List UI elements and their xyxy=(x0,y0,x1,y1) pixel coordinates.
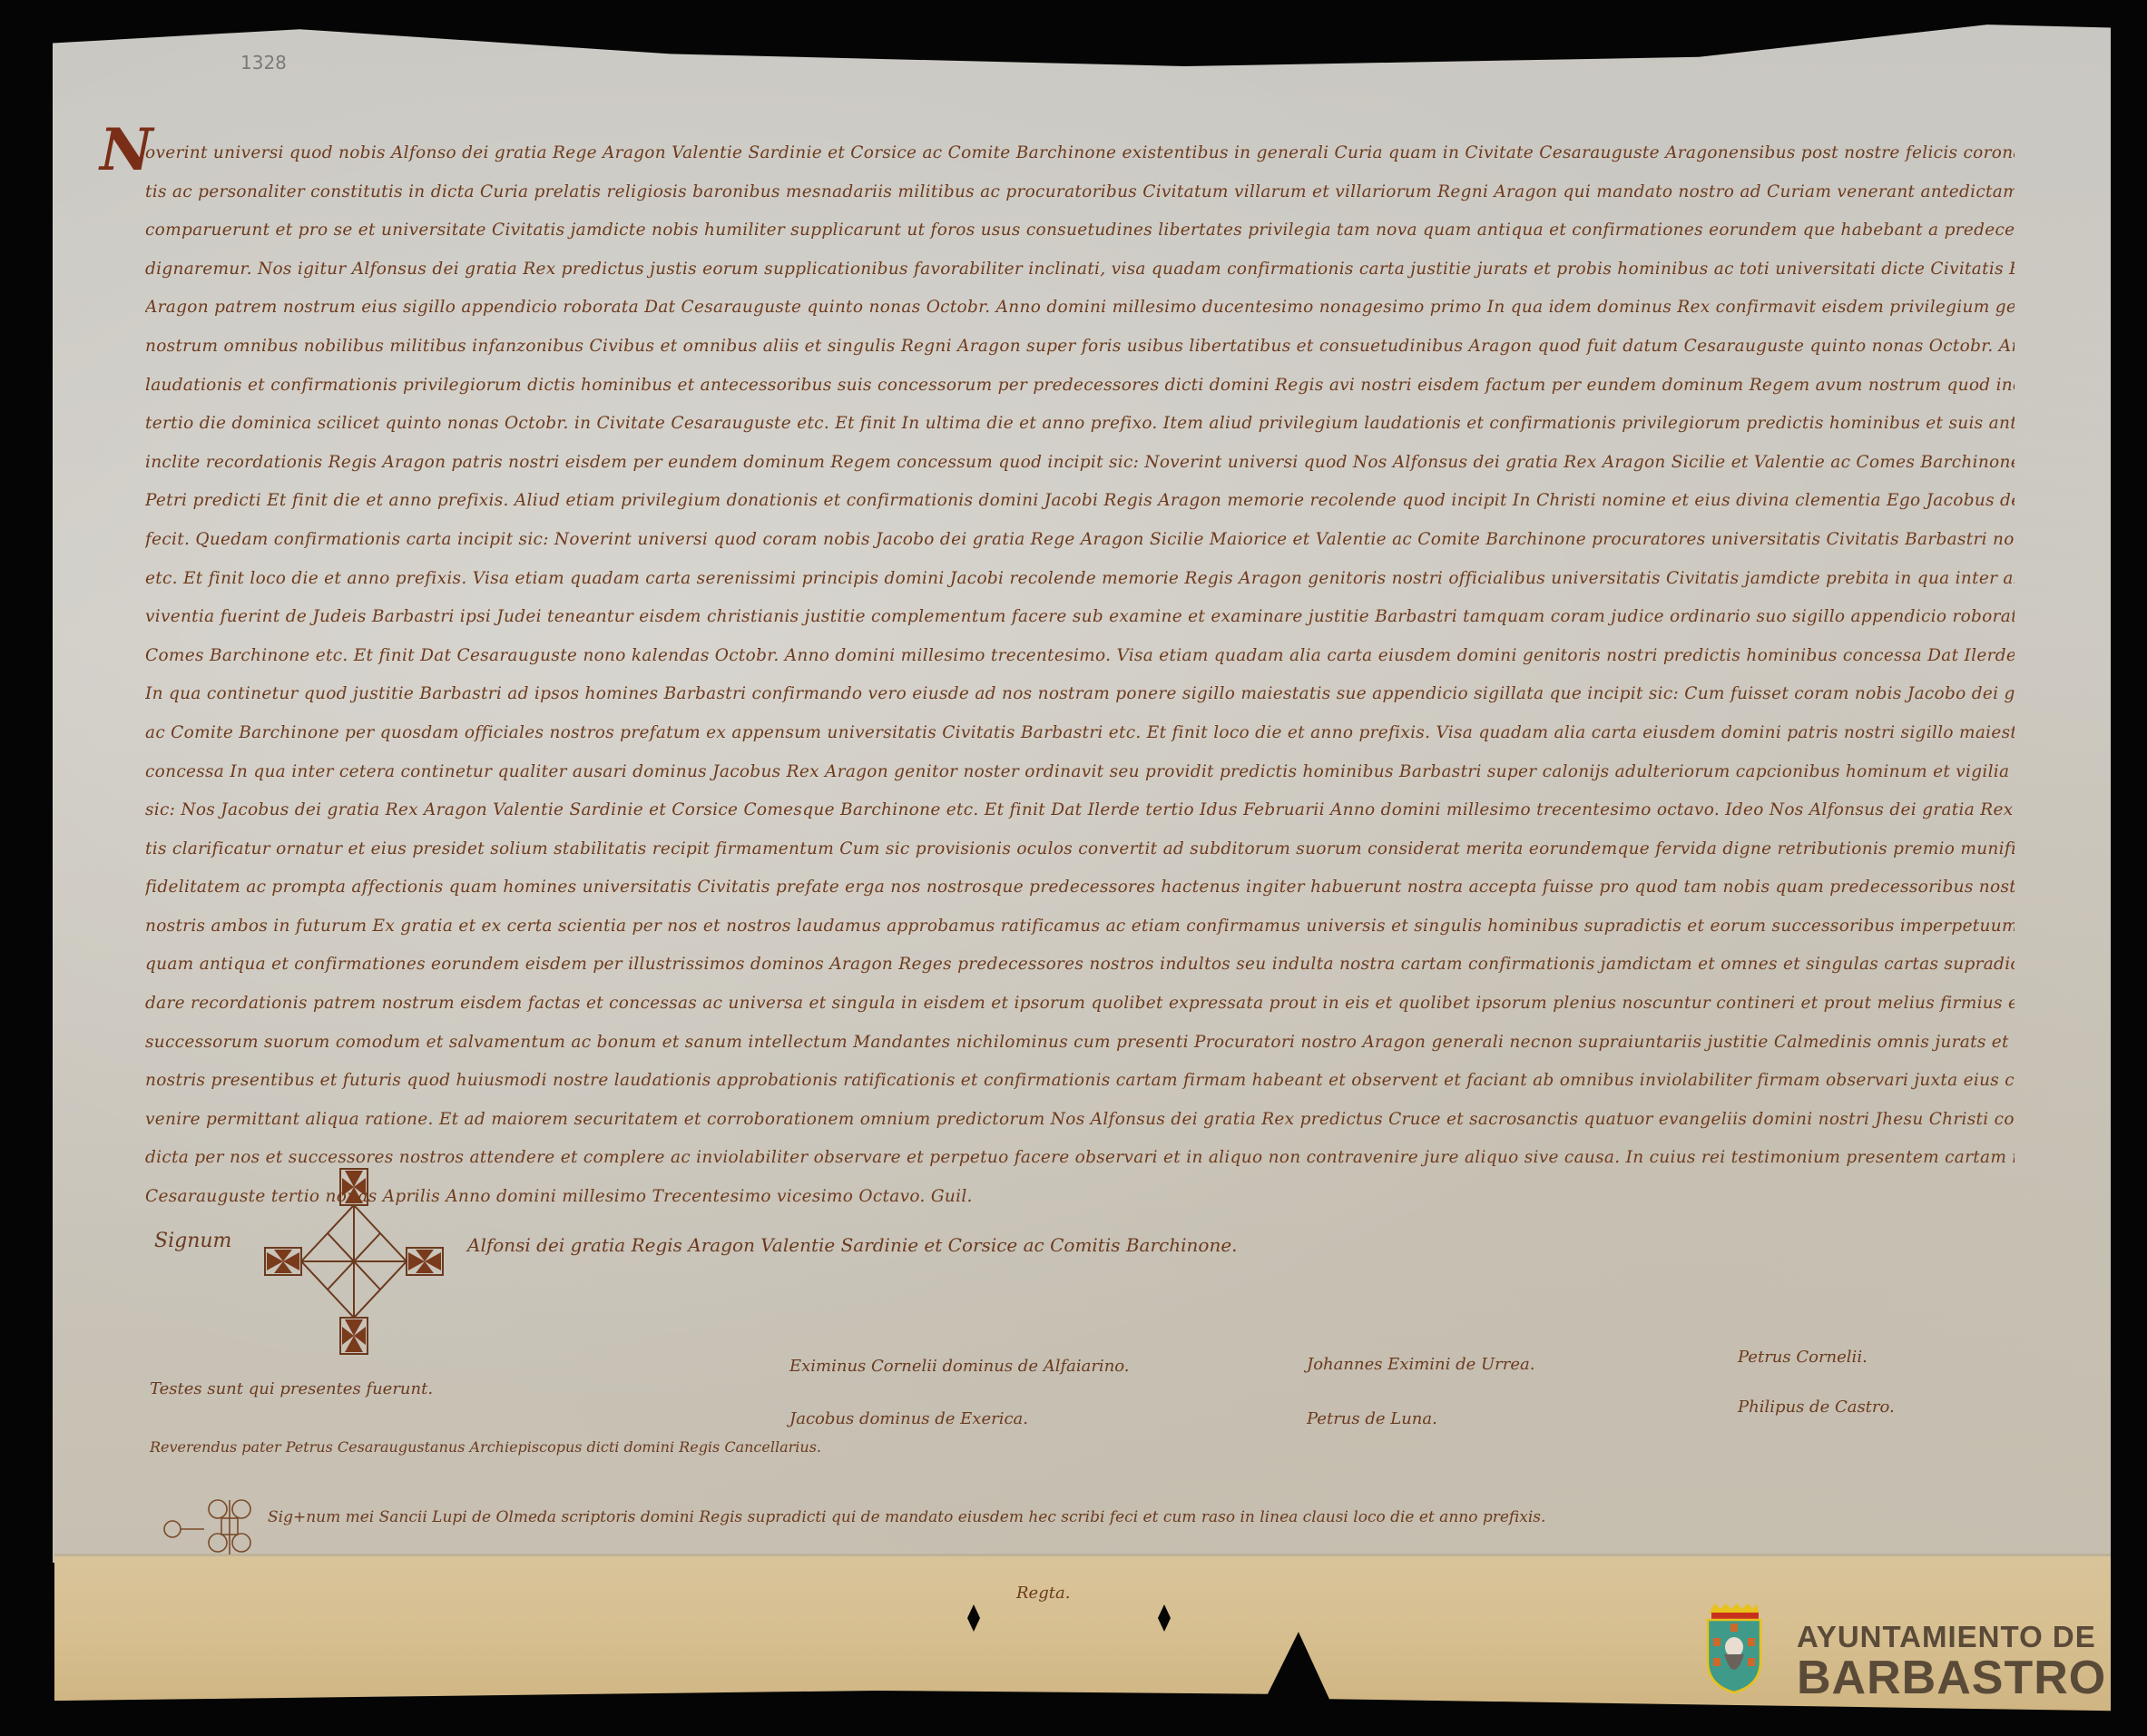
notary-subscription: Sig+num mei Sancii Lupi de Olmeda script… xyxy=(268,1508,1545,1526)
text-line: sic: Nos Jacobus dei gratia Rex Aragon V… xyxy=(145,791,2015,830)
text-line: nostris ambos in futurum Ex gratia et ex… xyxy=(145,907,2015,946)
ayuntamiento-barbastro-logo: AYUNTAMIENTO DE BARBASTRO xyxy=(1697,1584,2123,1702)
text-line: viventia fuerint de Judeis Barbastri ips… xyxy=(145,598,2015,637)
signum-label: Signum xyxy=(154,1230,231,1252)
text-line: Aragon patrem nostrum eius sigillo appen… xyxy=(145,289,2015,328)
registration-note: Regta. xyxy=(1016,1584,1070,1603)
text-line: successorum suorum comodum et salvamentu… xyxy=(145,1024,2015,1063)
notary-sign-icon xyxy=(154,1493,254,1556)
text-line: laudationis et confirmationis privilegio… xyxy=(145,367,2015,406)
text-line: fidelitatem ac prompta affectionis quam … xyxy=(145,868,2015,907)
text-line: concessa In qua inter cetera continetur … xyxy=(145,753,2015,792)
text-line: tis ac personaliter constitutis in dicta… xyxy=(145,173,2015,212)
text-line: nostrum omnibus nobilibus militibus infa… xyxy=(145,328,2015,367)
text-line: nostris presentibus et futuris quod huiu… xyxy=(145,1062,2015,1101)
text-line: Comes Barchinone etc. Et finit Dat Cesar… xyxy=(145,637,2015,676)
logo-text-line2: BARBASTRO xyxy=(1797,1654,2106,1702)
text-line: venire permittant aliqua ratione. Et ad … xyxy=(145,1101,2015,1140)
witness-name: Johannes Eximini de Urrea. xyxy=(1307,1355,1535,1374)
royal-signum-cross-icon xyxy=(254,1162,454,1361)
text-line: comparuerunt et pro se et universitate C… xyxy=(145,211,2015,250)
witness-chancellor: Reverendus pater Petrus Cesaraugustanus … xyxy=(150,1438,821,1456)
text-line: dare recordationis patrem nostrum eisdem… xyxy=(145,985,2015,1024)
text-line: tis clarificatur ornatur et eius preside… xyxy=(145,830,2015,869)
text-line: ac Comite Barchinone per quosdam officia… xyxy=(145,714,2015,753)
coat-of-arms-icon xyxy=(1706,1604,1762,1694)
witness-name: Petrus Cornelii. xyxy=(1738,1348,1868,1367)
text-line: inclite recordationis Regis Aragon patri… xyxy=(145,444,2015,483)
text-line: tertio die dominica scilicet quinto nona… xyxy=(145,405,2015,444)
witness-name: Petrus de Luna. xyxy=(1307,1409,1437,1428)
charter-body: overint universi quod nobis Alfonso dei … xyxy=(145,134,2015,1217)
text-line: In qua continetur quod justitie Barbastr… xyxy=(145,675,2015,714)
text-line: overint universi quod nobis Alfonso dei … xyxy=(145,134,2015,173)
archive-number: 1328 xyxy=(240,52,287,74)
witness-name: Jacobus dominus de Exerica. xyxy=(789,1409,1028,1428)
text-line: quam antiqua et confirmationes eorundem … xyxy=(145,946,2015,985)
text-line: Petri predicti Et finit die et anno pref… xyxy=(145,482,2015,521)
witness-name: Eximinus Cornelii dominus de Alfaiarino. xyxy=(789,1357,1130,1376)
logo-text-line1: AYUNTAMIENTO DE xyxy=(1797,1620,2096,1654)
text-line: dignaremur. Nos igitur Alfonsus dei grat… xyxy=(145,250,2015,289)
witnesses-intro: Testes sunt qui presentes fuerunt. xyxy=(150,1379,433,1398)
witness-name: Philipus de Castro. xyxy=(1738,1398,1895,1417)
text-line: etc. Et finit loco die et anno prefixis.… xyxy=(145,560,2015,599)
text-line: fecit. Quedam confirmationis carta incip… xyxy=(145,521,2015,560)
signum-text: Alfonsi dei gratia Regis Aragon Valentie… xyxy=(467,1234,1238,1256)
